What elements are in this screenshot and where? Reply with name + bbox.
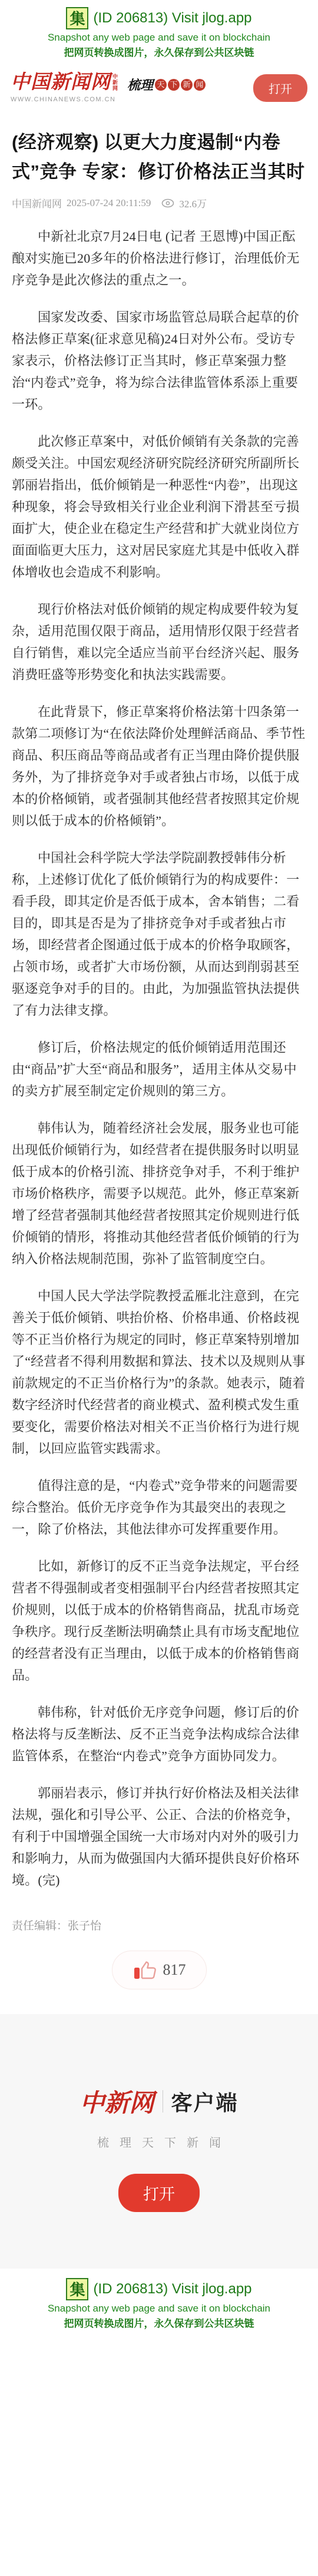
like-button[interactable]: 817: [112, 1951, 207, 1989]
jlog-id-link[interactable]: (ID 206813) Visit jlog.app: [93, 10, 251, 27]
logo-url-text: WWW.CHINANEWS.COM.CN: [11, 96, 119, 103]
app-footer: 中新网 客户端 梳理天下新闻 打开: [0, 2014, 318, 2269]
chinanews-logo[interactable]: 中国新闻网 中新网 WWW.CHINANEWS.COM.CN: [11, 73, 119, 103]
logo-side-text: 中新网: [112, 74, 119, 92]
open-app-button-top[interactable]: 打开: [253, 74, 307, 102]
article-source: 中国新闻网: [12, 196, 62, 210]
article-paragraph: 中国人民大学法学院教授孟雁北注意到，在完善关于低价倾销、哄抬价格、价格串通、价格…: [12, 1285, 306, 1459]
logo-main-text: 中国新闻网: [11, 73, 111, 92]
article-meta: 中国新闻网 2025-07-24 20:11:59 32.6万: [12, 196, 306, 210]
footer-logo-divider: [163, 2090, 163, 2113]
article-body: 中新社北京7月24日电 (记者 王恩博)中国正酝酿对实施已20多年的价格法进行修…: [12, 226, 306, 1891]
jlog-slogan-en: Snapshot any web page and save it on blo…: [0, 32, 318, 44]
article-paragraph: 郭丽岩表示，修订并执行好价格法及相关法律法规，强化和引导公平、公正、合法的价格竞…: [12, 1782, 306, 1891]
article-view-count: 32.6万: [179, 196, 207, 210]
header-slogan: 梳理 天 下 新 闻: [127, 75, 206, 94]
jlog-banner-bottom: 集 (ID 206813) Visit jlog.app Snapshot an…: [0, 2269, 318, 2338]
article-paragraph: 中国社会科学院大学法学院副教授韩伟分析称，上述修订优化了低价倾销行为的构成要件：…: [12, 847, 306, 1021]
article: (经济观察) 以更大力度遏制“内卷式”竞争 专家：修订价格法正当其时 中国新闻网…: [0, 128, 318, 1933]
jlog-slogan-en: Snapshot any web page and save it on blo…: [0, 2303, 318, 2315]
article-paragraph: 修订后，价格法规定的低价倾销适用范围还由“商品”扩大至“商品和服务”，适用主体从…: [12, 1037, 306, 1102]
article-paragraph: 此次修正草案中，对低价倾销有关条款的完善颇受关注。中国宏观经济研究院经济研究所副…: [12, 431, 306, 583]
open-app-button-footer[interactable]: 打开: [118, 2174, 200, 2212]
views-eye-icon: [161, 198, 174, 208]
article-paragraph: 中新社北京7月24日电 (记者 王恩博)中国正酝酿对实施已20多年的价格法进行修…: [12, 226, 306, 291]
editor-line: 责任编辑：张子怡: [12, 1917, 306, 1933]
jlog-slogan-cn: 把网页转换成图片，永久保存到公共区块链: [0, 2315, 318, 2330]
footer-logo-right: 客户端: [171, 2087, 238, 2117]
slogan-seal: 新: [181, 79, 193, 91]
jlog-slogan-cn: 把网页转换成图片，永久保存到公共区块链: [0, 44, 318, 59]
article-paragraph: 韩伟称，针对低价无序竞争问题，修订后的价格法将与反垄断法、反不正当竞争法构成综合…: [12, 1701, 306, 1767]
article-title: (经济观察) 以更大力度遏制“内卷式”竞争 专家：修订价格法正当其时: [12, 128, 306, 186]
article-paragraph: 在此背景下，修正草案将价格法第十四条第一款第二项修订为“在依法降价处理鲜活商品、…: [12, 701, 306, 832]
jlog-id-link[interactable]: (ID 206813) Visit jlog.app: [93, 2281, 251, 2297]
site-header: 中国新闻网 中新网 WWW.CHINANEWS.COM.CN 梳理 天 下 新 …: [0, 65, 318, 112]
article-paragraph: 韩伟认为，随着经济社会发展，服务业也可能出现低价倾销行为，如经营者在提供服务时以…: [12, 1117, 306, 1270]
article-datetime: 2025-07-24 20:11:59: [67, 197, 151, 209]
thumbs-up-icon: [132, 1960, 157, 1980]
jlog-banner-top: 集 (ID 206813) Visit jlog.app Snapshot an…: [0, 0, 318, 65]
footer-logo: 中新网 客户端: [0, 2084, 318, 2119]
slogan-seal: 天: [155, 79, 167, 91]
footer-slogan: 梳理天下新闻: [0, 2133, 318, 2150]
slogan-seal: 闻: [194, 79, 206, 91]
article-paragraph: 国家发改委、国家市场监管总局联合起草的价格法修正草案(征求意见稿)24日对外公布…: [12, 306, 306, 415]
article-paragraph: 现行价格法对低价倾销的规定构成要件较为复杂，适用范围仅限于商品，适用情形仅限于经…: [12, 598, 306, 686]
jlog-badge-icon: 集: [66, 7, 88, 29]
article-paragraph: 比如，新修订的反不正当竞争法规定，平台经营者不得强制或者变相强制平台内经营者按照…: [12, 1555, 306, 1686]
slogan-prefix: 梳理: [127, 75, 153, 94]
like-count: 817: [163, 1961, 186, 1979]
footer-logo-left: 中新网: [79, 2084, 154, 2119]
slogan-seal: 下: [168, 79, 180, 91]
article-paragraph: 值得注意的是，“内卷式”竞争带来的问题需要综合整治。低价无序竞争作为其最突出的表…: [12, 1475, 306, 1540]
jlog-badge-icon: 集: [66, 2278, 88, 2300]
